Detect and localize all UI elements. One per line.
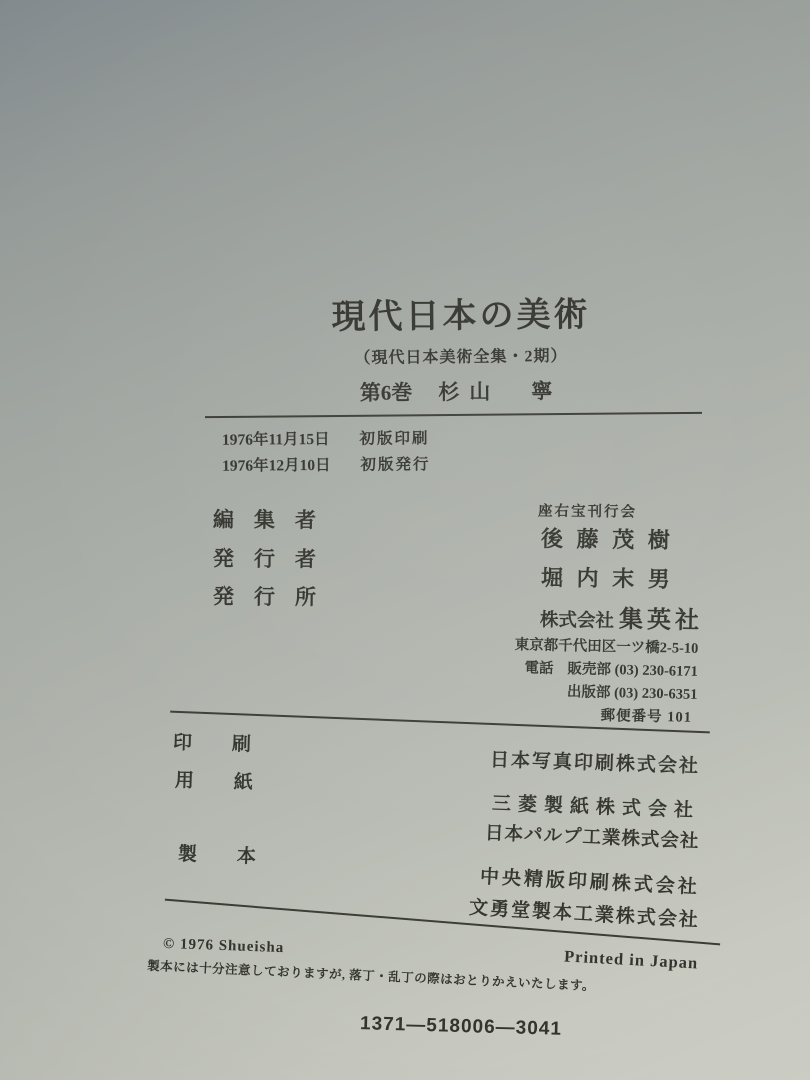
printing-label: 印刷 xyxy=(173,727,291,757)
edition-date-row: 1976年11月15日 初版印刷 xyxy=(222,426,431,453)
publisher-company: 株式会社集英社 xyxy=(540,598,704,636)
sales-dept-phone: 販売部 (03) 230-6171 xyxy=(568,661,699,680)
first-issue-date: 1976年12月10日 xyxy=(222,457,331,475)
first-issue-label: 初版発行 xyxy=(360,456,430,473)
first-print-label: 初版印刷 xyxy=(359,430,429,447)
editor-affiliation: 座右宝刊行会 xyxy=(538,499,637,521)
artist-name: 杉山 寧 xyxy=(438,379,562,404)
publisher-company-prefix: 株式会社 xyxy=(540,611,614,632)
phone-label: 電話 xyxy=(525,660,554,677)
publisher-person-role-label: 発行者 xyxy=(213,542,336,573)
binding-label: 製本 xyxy=(178,839,297,870)
paper-label: 用紙 xyxy=(175,765,294,795)
phone-sales-line: 電話販売部 (03) 230-6171 xyxy=(514,657,698,684)
paper-company: 日本パルプ工業株式会社 xyxy=(485,819,700,854)
series-note: （現代日本美術全集・2期） xyxy=(112,340,810,370)
publisher-company-name: 集英社 xyxy=(619,607,703,634)
volume-line: 第6巻杉山 寧 xyxy=(112,373,810,409)
book-colophon-page: 現代日本の美術 （現代日本美術全集・2期） 第6巻杉山 寧 1976年11月15… xyxy=(0,0,810,1080)
edition-dates: 1976年11月15日 初版印刷 1976年12月10日 初版発行 xyxy=(222,426,431,479)
first-print-date: 1976年11月15日 xyxy=(222,431,330,449)
divider-rule-top xyxy=(205,412,702,418)
book-title: 現代日本の美術 xyxy=(112,284,810,340)
paper-company: 三菱製紙株式会社 xyxy=(492,788,701,822)
printed-in-japan: Printed in Japan xyxy=(563,946,698,973)
binding-defect-note: 製本には十分注意しておりますが, 落丁・乱丁の際はおとりかえいたします。 xyxy=(147,956,596,994)
publisher-address-block: 東京都千代田区一ツ橋2-5-10 電話販売部 (03) 230-6171 出版部… xyxy=(513,634,699,730)
publisher-person-name: 堀内末男 xyxy=(541,561,684,594)
copyright-notice: © 1976 Shueisha xyxy=(163,936,285,957)
volume-label: 第6巻 xyxy=(360,380,413,404)
edition-date-row: 1976年12月10日 初版発行 xyxy=(222,452,431,479)
publisher-company-role-label: 発行所 xyxy=(213,580,336,611)
book-code: 1371—518006—3041 xyxy=(112,1006,810,1047)
printing-company: 日本写真印刷株式会社 xyxy=(490,745,701,779)
editor-role-label: 編集者 xyxy=(213,503,336,534)
editor-name: 後藤茂樹 xyxy=(541,522,684,555)
binding-company: 中央精版印刷株式会社 xyxy=(479,862,700,900)
